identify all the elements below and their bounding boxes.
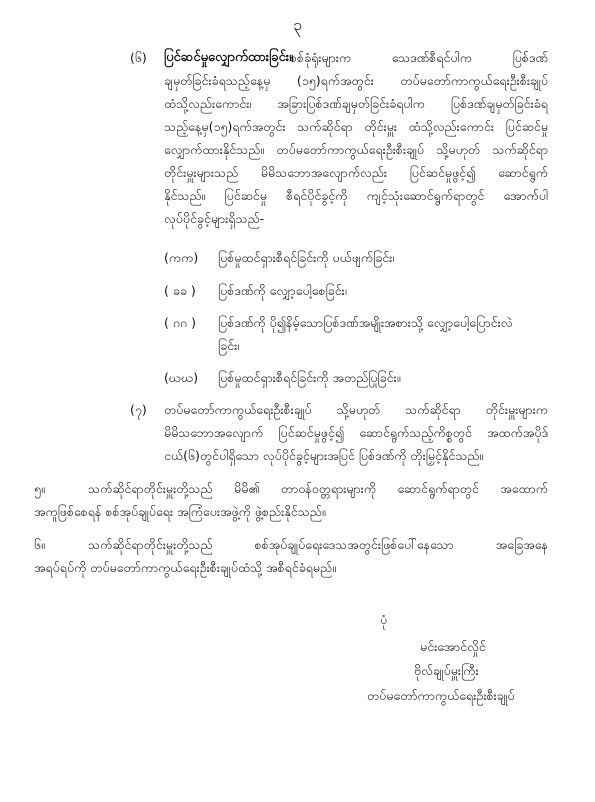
signatory-title: တပ်မတော်ကာကွယ်ရေးဦးစီးချုပ် xyxy=(367,686,515,706)
section-6-line-5: လျှောက်ထားနိုင်သည်။ တပ်မတော်ကာကွယ်ရေးဦးစ… xyxy=(164,140,548,160)
signature-mark: ပုံ xyxy=(380,610,387,630)
paragraph-5-line-1: သက်ဆိုင်ရာတိုင်းမှူးတို့သည် မိမိ၏ တာဝန်ဝ… xyxy=(88,479,548,499)
sub-item-gaga-text: ပြစ်ဒဏ်ကို ပို၍နိမ့်သောပြစ်ဒဏ်အမျိုးအစား… xyxy=(218,313,512,333)
section-6-number: (၆) xyxy=(130,48,147,68)
section-7-line-1: တပ်မတော်ကာကွယ်ရေးဦးစီးချုပ် သို့မဟုတ် သက… xyxy=(164,400,548,420)
sub-item-ghagha-text: ပြစ်မှုထင်ရှားစီရင်ခြင်းကို အတည်ပြုခြင်း… xyxy=(218,368,400,388)
section-6-line-1: စစ်ခုံရုံးများက သေဒဏ်စီရင်ပါက ပြစ်ဒဏ် xyxy=(290,48,548,68)
section-6-line-8: လုပ်ပိုင်ခွင့်များရှိသည်- xyxy=(164,209,264,229)
paragraph-5-line-2: အကူဖြစ်စေရန် စစ်အုပ်ချုပ်ရေး အကြံပေးအဖွဲ… xyxy=(34,502,326,522)
paragraph-6-number: ၆။ xyxy=(34,535,45,555)
section-6-heading: ပြင်ဆင်မှုလျှောက်ထားခြင်း။ xyxy=(164,48,293,68)
sub-item-ghagha-label: (ဃဃ) xyxy=(164,368,198,388)
sub-item-khakha-label: ( ခခ ) xyxy=(164,281,196,301)
signatory-rank: ဗိုလ်ချုပ်မှူးကြီး xyxy=(414,661,479,681)
section-6-line-3: ထံသို့လည်းကောင်း၊ အခြားပြစ်ဒဏ်ချမှတ်ခြင်… xyxy=(164,94,548,114)
sub-item-kaka-text: ပြစ်မှုထင်ရှားစီရင်ခြင်းကို ပယ်ဖျက်ခြင်း… xyxy=(218,248,394,268)
sub-item-gaga-continuation: ခြင်း၊ xyxy=(218,336,239,356)
section-7-line-2: မိမိသဘောအလျောက် ပြင်ဆင်မှုဖွင့်၍ ဆောင်ရွ… xyxy=(164,423,548,443)
signatory-name: မင်းအောင်လှိုင် xyxy=(420,637,486,657)
section-7-line-3: ငယ်(၆)တွင်ပါရှိသော လုပ်ပိုင်ခွင့်များအပြ… xyxy=(164,446,483,466)
page-number: ၃ xyxy=(0,14,595,38)
paragraph-6-line-1: သက်ဆိုင်ရာတိုင်းမှူးတို့သည် စစ်အုပ်ချုပ်… xyxy=(88,535,548,555)
section-6-line-7: နိုင်သည်။ ပြင်ဆင်မှု စီရင်ပိုင်ခွင့်ကို … xyxy=(164,186,548,206)
section-6-line-6: တိုင်းမှူးများသည် မိမိသဘောအလျောက်လည်း ပြ… xyxy=(164,163,548,183)
section-6-line-4: သည့်နေ့မှ(၁၅)ရက်အတွင်း သက်ဆိုင်ရာ တိုင်း… xyxy=(164,117,548,137)
paragraph-5-number: ၅။ xyxy=(34,479,45,499)
sub-item-khakha-text: ပြစ်ဒဏ်ကို လျှော့ပေါ့စေခြင်း၊ xyxy=(218,281,347,301)
section-7-number: (၇) xyxy=(130,400,147,420)
section-6-line-2: ချမှတ်ခြင်းခံရသည့်နေ့မှ (၁၅)ရက်အတွင်း တပ… xyxy=(164,71,548,91)
sub-item-gaga-label: ( ဂဂ ) xyxy=(164,313,196,333)
sub-item-kaka-label: (ကက) xyxy=(164,248,198,268)
paragraph-6-line-2: အရပ်ရပ်ကို တပ်မတော်ကာကွယ်ရေးဦးစီးချုပ်ထံ… xyxy=(34,558,336,578)
